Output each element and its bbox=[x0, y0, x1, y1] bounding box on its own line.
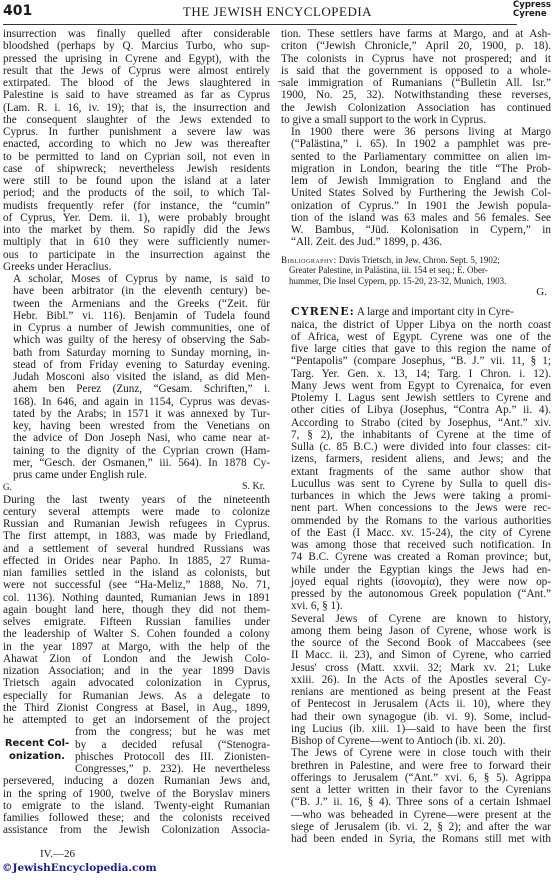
text-line: tion. These settlers have farms at Margo… bbox=[281, 28, 551, 40]
text-line: of Africa, west of Egypt. Cyrene was one… bbox=[281, 331, 551, 343]
text-line: result that the Jews of Cyprus were almo… bbox=[3, 65, 270, 77]
text-line: (Lam. R. i. 16, iv. 19); that is, the in… bbox=[3, 102, 270, 114]
text-line: turbances in which the Jews were taking … bbox=[281, 490, 551, 502]
text-line: were not successful (see “Ha-Meliz,” 188… bbox=[3, 579, 270, 591]
text-line: of the East (I Macc. xv. 15-24), the cit… bbox=[281, 527, 551, 539]
text-line: the advice of Don Joseph Nasi, who came … bbox=[3, 432, 270, 444]
text-line: period; and the products of the soil, to… bbox=[3, 187, 270, 199]
text-line: to give a small support to the work in C… bbox=[281, 114, 551, 126]
text-line: he attempted to get an indorsement of th… bbox=[3, 714, 270, 726]
text-line: the Third Zionist Congress at Basel, in … bbox=[3, 702, 270, 714]
text-line: selves emigrate. Fifteen Russian familie… bbox=[3, 616, 270, 628]
text-line: bloodshed (perhaps by Q. Marcius Turbo, … bbox=[3, 40, 270, 52]
text-line: —who was beheaded in Cyrene—were present… bbox=[281, 809, 551, 821]
paragraph-settlers: tion. These settlers have farms at Margo… bbox=[281, 28, 551, 126]
text-line: ommended by the Romans to the various au… bbox=[281, 515, 551, 527]
text-line: of Pentecost in Jerusalem (Acts ii. 10),… bbox=[281, 698, 551, 710]
text-line: had their own synagogue (ib. vi. 9). Som… bbox=[281, 711, 551, 723]
text-line: xxiii. 26). In the Acts of the Apostles … bbox=[281, 674, 551, 686]
text-line: extant fragments of the same author show… bbox=[281, 466, 551, 478]
text-line: enacted, according to which no Jew was t… bbox=[3, 138, 270, 150]
text-line: key, having been wrested from the Veneti… bbox=[3, 420, 270, 432]
text-line: Hebr. Bibl.” vi. 116). Benjamin of Tudel… bbox=[3, 310, 270, 322]
text-line: the source of the Second Book of Maccabe… bbox=[281, 637, 551, 649]
text-line: the consequent slaughter of the Jews ext… bbox=[3, 114, 270, 126]
text-line: Bishop of Cyrene—went to Antioch (ib. xi… bbox=[281, 735, 551, 747]
text-line: which was guilty of the heresy of observ… bbox=[3, 334, 270, 346]
text-line: 1900, No. 25, 32). Notwithstanding these… bbox=[281, 89, 551, 101]
text-line: Russian and Rumanian Jewish refugees in … bbox=[3, 518, 270, 530]
text-line: to emigrate to the island. Twenty-eight … bbox=[3, 800, 270, 812]
text-line: had been ended in Syria, the Romans stil… bbox=[281, 833, 551, 845]
text-line: naica, the district of Upper Libya on th… bbox=[281, 319, 551, 331]
text-line: phisches Protocoll des III. Zionisten- bbox=[75, 751, 270, 763]
bibliography-text: Greater Palestine, in Palästina, iii. 15… bbox=[281, 265, 551, 276]
text-line: The first attempt, in 1883, was made by … bbox=[3, 530, 270, 542]
text-line: century several attempts were made to co… bbox=[3, 506, 270, 518]
text-line: Greeks under Heraclius. bbox=[3, 261, 270, 273]
text-line: In 1900 there were 36 persons living at … bbox=[281, 126, 551, 138]
text-line: Sulla (c. 85 B.C.) were divided into fou… bbox=[281, 441, 551, 453]
text-line: while under the Egyptian kings the Jews … bbox=[281, 564, 551, 576]
text-line: 168). In 646, and again in 1154, Cyprus … bbox=[3, 396, 270, 408]
text-line: Several Jews of Cyrene are known to hist… bbox=[281, 613, 551, 625]
text-line: pressed the uprising in Cyrene and Egypt… bbox=[3, 53, 270, 65]
text-line: Ptolemy I. Lagus sent Jewish settlers to… bbox=[281, 392, 551, 404]
sidenote-adjacent-text: from the congress; but he was metby a de… bbox=[75, 726, 270, 775]
bibliography-label: Bibliography: bbox=[281, 255, 337, 265]
text-line: 74 B.C. Cyrene was created a Roman provi… bbox=[281, 551, 551, 563]
text-line: prus came under English rule. bbox=[3, 469, 270, 481]
text-line: onization of Cyprus.” In 1901 the Jewish… bbox=[281, 200, 551, 212]
text-line: izens, farmers, resident aliens, and Jew… bbox=[281, 453, 551, 465]
text-line: into the market by them. So rapidly did … bbox=[3, 224, 270, 236]
text-line: Palestine is said to have streamed as fa… bbox=[3, 89, 270, 101]
text-line: five large cities that gave to this regi… bbox=[281, 343, 551, 355]
text-line: among them being Jason of Cyrene, whose … bbox=[281, 625, 551, 637]
page-header: 401 THE JEWISH ENCYCLOPEDIA Cypress Cyre… bbox=[0, 0, 555, 26]
text-line: insurrection was finally quelled after c… bbox=[3, 28, 270, 40]
text-line: siege of Jerusalem (ib. vi. 2, § 2); and… bbox=[281, 821, 551, 833]
text-line: have been arbitrator (in the eleventh ce… bbox=[3, 285, 270, 297]
text-line: 7, § 2), the inhabitants of Cyrene at th… bbox=[281, 429, 551, 441]
watermark-link[interactable]: ©JewishEncyclopedia.com bbox=[2, 862, 157, 874]
text-line: persevered, inducing a dozen Rumanian Je… bbox=[3, 775, 270, 787]
signature-initial: G. bbox=[281, 286, 551, 298]
text-line: Jesus' cross (Matt. xxvii. 32; Mark xv. … bbox=[281, 662, 551, 674]
text-line: joyed equal rights (ἰσονομία), they were… bbox=[281, 576, 551, 588]
entry-title-cyrene: CYRENE: bbox=[291, 305, 355, 318]
text-line: families followed these; and the colonis… bbox=[3, 812, 270, 824]
text-line: W. Bambus, “Jüd. Kolonisation in Cypern,… bbox=[281, 224, 551, 236]
text-line: ahem ben Perez (Zunz, “Gesam. Schriften,… bbox=[3, 383, 270, 395]
text-line: tated by the Arabs; in 1571 it was annex… bbox=[3, 408, 270, 420]
text-line: Lucullus was sent to Cyrene by Sulla to … bbox=[281, 478, 551, 490]
text-line: col. 1136). Nothing daunted, Rumanian Je… bbox=[3, 592, 270, 604]
text-line: (“B. J.” ii. 16, § 4). Three sons of a c… bbox=[281, 796, 551, 808]
sidenote-recent-colonization: Recent Col- onization. bbox=[3, 738, 71, 763]
text-line: Congresses,” p. 232). He nevertheless bbox=[75, 763, 270, 775]
text-line: renians are mentioned as being present a… bbox=[281, 686, 551, 698]
text-line: Trietsch again advocated colonization in… bbox=[3, 677, 270, 689]
text-line: were still to be found upon the island a… bbox=[3, 175, 270, 187]
text-line: again bought land here, though they did … bbox=[3, 604, 270, 616]
volume-signature: IV.—26 bbox=[40, 848, 75, 860]
text-line: sale immigration of Rumanians (“Bulletin… bbox=[281, 77, 551, 89]
signature-author: S. Kr. bbox=[242, 481, 265, 493]
right-column: tion. These settlers have farms at Margo… bbox=[281, 28, 551, 845]
text-line: of Cyprus, Yer. Dem. ii. 1), were probab… bbox=[3, 212, 270, 224]
text-line: nization Association; and in the year 18… bbox=[3, 665, 270, 677]
text-line: extirpated. The blood of the Jews slaugh… bbox=[3, 77, 270, 89]
text-line: effected in Orides near Papho. In 1885, … bbox=[3, 555, 270, 567]
text-line: mudists frequently refer (for instance, … bbox=[3, 200, 270, 212]
paragraph-margo-1900: In 1900 there were 36 persons living at … bbox=[281, 126, 551, 249]
text-line: pressed by the autonomous Greek populati… bbox=[281, 588, 551, 600]
text-line: mer, “Gesch. der Osmanen,” iii. 564). In… bbox=[3, 457, 270, 469]
text-line: in the year 1897 at Margo, with the help… bbox=[3, 641, 270, 653]
text-line: “Pentapolis” (compare Josephus, “B. J.” … bbox=[281, 355, 551, 367]
text-line: migration in London, bearing the title “… bbox=[281, 163, 551, 175]
text-line: Cyprus. In further punishment a severe l… bbox=[3, 126, 270, 138]
text-line: multiply that in 610 they were sufficien… bbox=[3, 236, 270, 248]
text-line: II Macc. ii. 23), and Simon of Cyrene, w… bbox=[281, 649, 551, 661]
text-line: to be permitted to land on Cyprian soil,… bbox=[3, 151, 270, 163]
text-line: Ahawat Zion of London and the Jewish Col… bbox=[3, 653, 270, 665]
running-title: THE JEWISH ENCYCLOPEDIA bbox=[0, 4, 555, 20]
text-line: sented to the Parliamentary committee on… bbox=[281, 151, 551, 163]
text-line: assistance from the Jewish Colonization … bbox=[3, 824, 270, 836]
text-line: nent part. When concessions to the Jews … bbox=[281, 502, 551, 514]
text-line: stead of from Friday evening to Saturday… bbox=[3, 359, 270, 371]
text-line: is said that the government is opposed t… bbox=[281, 65, 551, 77]
sidenote-line: Recent Col- bbox=[3, 738, 71, 750]
header-rule bbox=[3, 24, 517, 25]
text-line: xvi. 6, § 1). bbox=[281, 600, 551, 612]
text-line: A scholar, Moses of Cyprus by name, is s… bbox=[3, 273, 270, 285]
text-line: According to Strabo (cited by Josephus, … bbox=[281, 417, 551, 429]
text-line: tween the Armenians and the Greeks (“Zei… bbox=[3, 298, 270, 310]
paragraph-moses-of-cyprus: A scholar, Moses of Cyprus by name, is s… bbox=[3, 273, 270, 481]
catchword-bottom: Cyrene bbox=[513, 10, 551, 19]
text-line: ous to participate in the insurrection a… bbox=[3, 249, 270, 261]
left-column: insurrection was finally quelled after c… bbox=[3, 28, 270, 837]
text-line: sent a letter written in their favor to … bbox=[281, 784, 551, 796]
text-line: lem of Jewish Immigration to England and… bbox=[281, 175, 551, 187]
text-line: in the spring of 1900, twelve of the Bor… bbox=[3, 788, 270, 800]
sidenote-block: Recent Col- onization. from the congress… bbox=[3, 726, 270, 775]
text-line: in Cyprus a number of Jewish communities… bbox=[3, 322, 270, 334]
text-line: (“Palästina,” i. 65). In 1902 a pamphlet… bbox=[281, 138, 551, 150]
text-line: A large and important city in Cyre- bbox=[355, 306, 514, 318]
paragraph-cyprus-insurrection: insurrection was finally quelled after c… bbox=[3, 28, 270, 273]
text-line: the leadership of Walter S. Cohen founde… bbox=[3, 628, 270, 640]
text-line: tion of the island was 63 males and 56 f… bbox=[281, 212, 551, 224]
text-line: was among those that received such notif… bbox=[281, 539, 551, 551]
text-line: The colonists in Cyprus have not prosper… bbox=[281, 53, 551, 65]
text-line: Targ. Yer. Gen. x. 13, 14; Targ. I Chron… bbox=[281, 368, 551, 380]
text-line: especially for Rumanian Jews. As a deleg… bbox=[3, 690, 270, 702]
text-line: taining to the dignity of the Cyprian cr… bbox=[3, 445, 270, 457]
text-line: offerings to Jerusalem (“Ant.” xvi. 6, §… bbox=[281, 772, 551, 784]
text-line: ing Lucius (ib. xiii. 1)—said to have be… bbox=[281, 723, 551, 735]
text-line: United States Solved by Furthering the J… bbox=[281, 187, 551, 199]
text-line: brethren in Palestine, and were free to … bbox=[281, 760, 551, 772]
paragraph-colonization-tail: persevered, inducing a dozen Rumanian Je… bbox=[3, 775, 270, 836]
text-line: The Jews of Cyrene were in close touch w… bbox=[281, 747, 551, 759]
text-line: bath from Saturday morning to Sunday mor… bbox=[3, 347, 270, 359]
text-line: Judah Mosconi also visited the island, a… bbox=[3, 371, 270, 383]
text-line: During the last twenty years of the nine… bbox=[3, 494, 270, 506]
bibliography-text: hummer, Die Insel Cypern, pp. 15-20, 23-… bbox=[281, 276, 551, 287]
text-line: Many Jews went from Egypt to Cyrenaica, … bbox=[281, 380, 551, 392]
catchwords: Cypress Cyrene bbox=[513, 1, 551, 19]
signature-initial: G. bbox=[3, 481, 12, 493]
text-line: nian families settled in the island as c… bbox=[3, 567, 270, 579]
bibliography-text: Davis Trietsch, in Jew. Chron. Sept. 5, … bbox=[337, 255, 500, 265]
text-line: from the congress; but he was met bbox=[75, 726, 270, 738]
text-line: “All. Zeit. des Jud.” 1899, p. 436. bbox=[281, 236, 551, 248]
text-line: criton (“Jewish Chronicle,” April 20, 19… bbox=[281, 40, 551, 52]
paragraph-cyrene-intro: CYRENE: A large and important city in Cy… bbox=[281, 306, 551, 612]
paragraph-close-touch: The Jews of Cyrene were in close touch w… bbox=[281, 747, 551, 845]
text-line: case of shipwreck; nevertheless Jewish r… bbox=[3, 163, 270, 175]
text-line: the Jewish Colonization Association has … bbox=[281, 102, 551, 114]
text-line: and a settlement of several hundred Russ… bbox=[3, 543, 270, 555]
bibliography: Bibliography: Davis Trietsch, in Jew. Ch… bbox=[281, 255, 551, 287]
paragraph-jews-of-cyrene: Several Jews of Cyrene are known to hist… bbox=[281, 613, 551, 748]
text-line: other cities of Libya (Josephus, “Contra… bbox=[281, 404, 551, 416]
paragraph-colonization: During the last twenty years of the nine… bbox=[3, 494, 270, 727]
text-line: by a decided refusal (“Stenogra- bbox=[75, 739, 270, 751]
signature-line: G. S. Kr. bbox=[3, 481, 270, 493]
sidenote-line: onization. bbox=[3, 751, 71, 763]
